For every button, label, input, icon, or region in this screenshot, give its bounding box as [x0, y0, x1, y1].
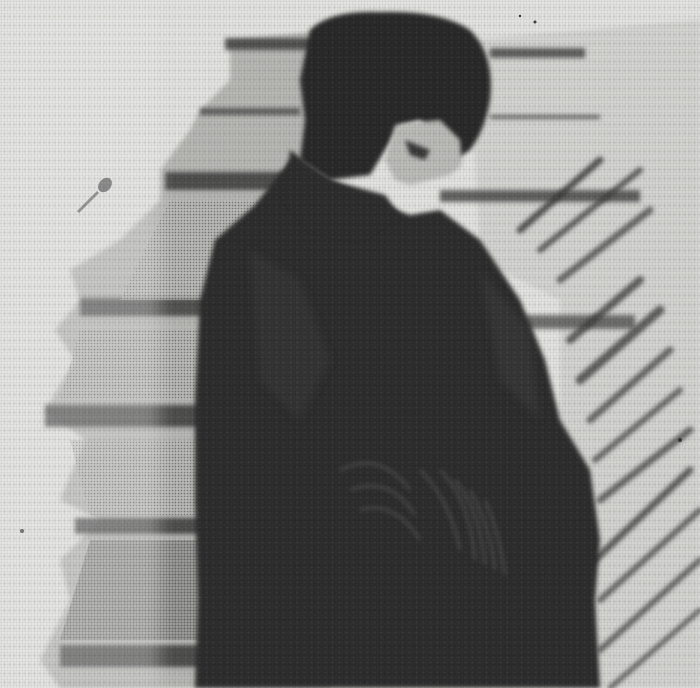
photo-canvas: [0, 0, 700, 688]
newspaper-photo: Scanned black-and-white newspaper halfto…: [0, 0, 700, 688]
